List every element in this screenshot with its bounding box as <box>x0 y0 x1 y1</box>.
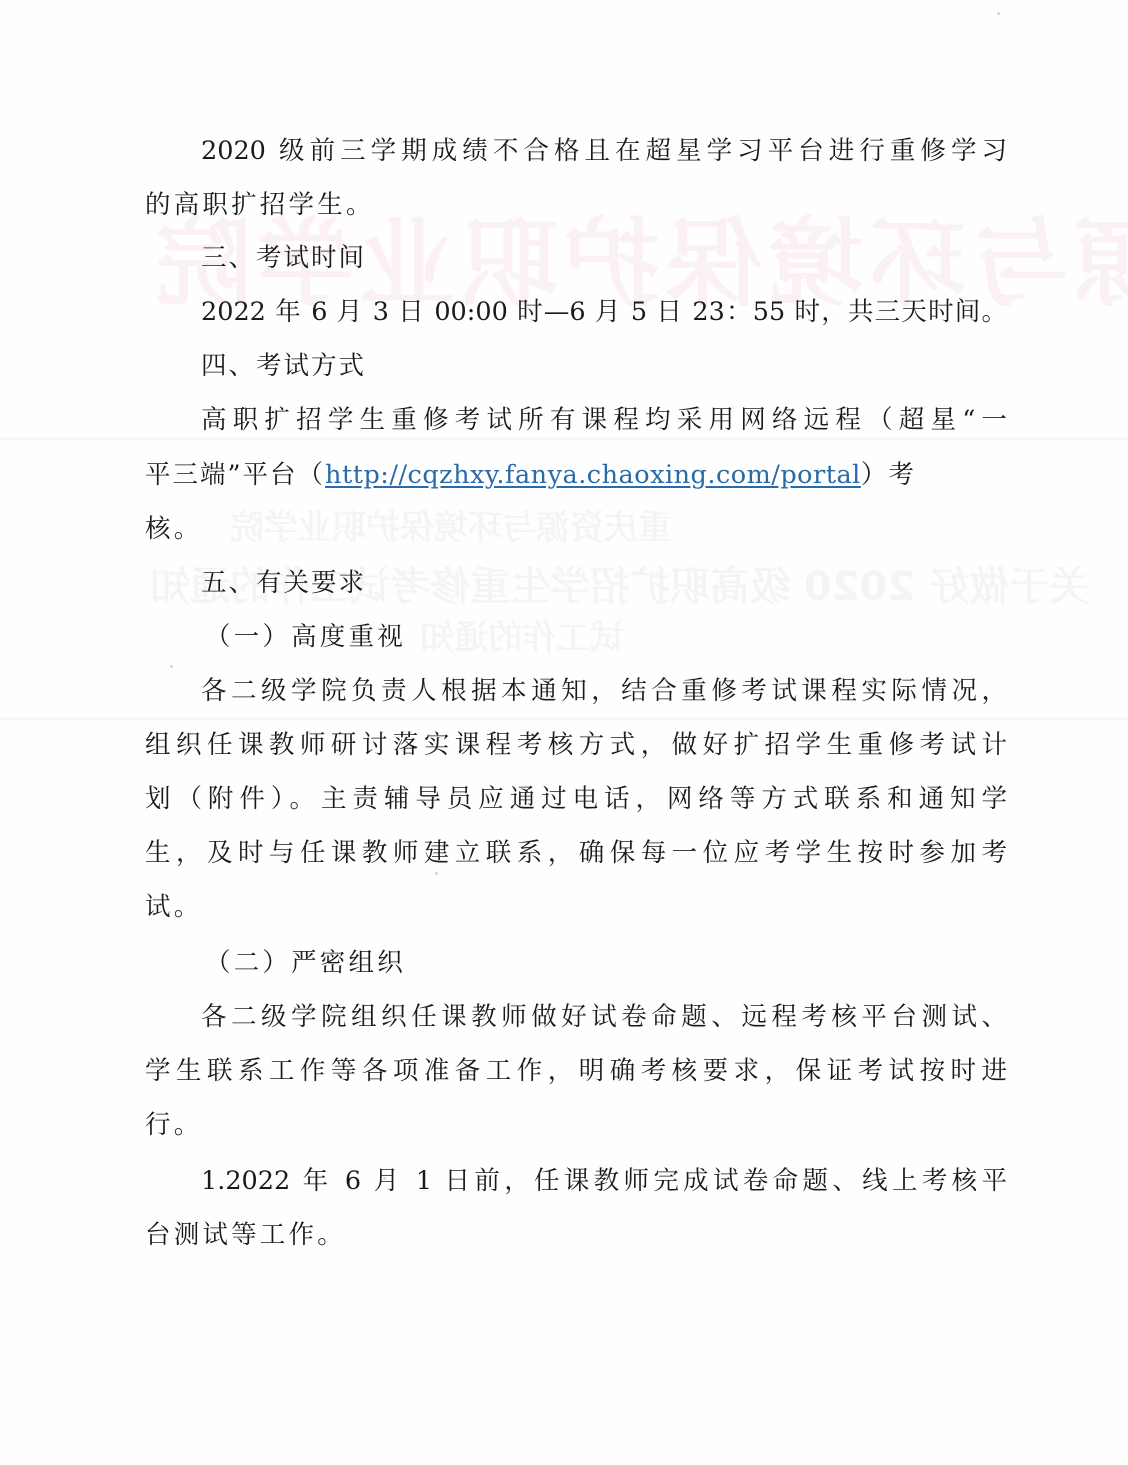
exam-time-text: 2022 年 6 月 3 日 00:00 时—6 月 5 日 23：55 时，共… <box>145 292 1007 332</box>
paragraph-line: 行。 <box>145 1105 1007 1145</box>
paragraph-line-with-link: 平三端”平台（http://cqzhxy.fanya.chaoxing.com/… <box>145 455 1007 495</box>
paragraph-line: 台测试等工作。 <box>145 1215 1007 1255</box>
paragraph-line: 各二级学院组织任课教师做好试卷命题、远程考核平台测试、 <box>145 997 1007 1037</box>
link-prefix: 平三端”平台（ <box>145 460 325 490</box>
paragraph-line: 组织任课教师研讨落实课程考核方式，做好扩招学生重修考试计 <box>145 725 1007 765</box>
subsection-heading-organization: （二）严密组织 <box>145 943 1067 983</box>
paragraph-line: 学生联系工作等各项准备工作，明确考核要求，保证考试按时进 <box>145 1051 1007 1091</box>
section-heading-exam-time: 三、考试时间 <box>145 238 1007 278</box>
numbered-item-1: 1.2022 年 6 月 1 日前，任课教师完成试卷命题、线上考核平 <box>145 1161 1007 1201</box>
paragraph-line: 高职扩招学生重修考试所有课程均采用网络远程（超星“一 <box>145 400 1007 440</box>
section-heading-exam-method: 四、考试方式 <box>145 346 1007 386</box>
paragraph-line: 核。 <box>145 509 1007 549</box>
subsection-heading-attention: （一）高度重视 <box>145 617 1067 657</box>
paragraph-line: 生，及时与任课教师建立联系，确保每一位应考学生按时参加考 <box>145 833 1007 873</box>
paragraph-line: 试。 <box>145 887 1007 927</box>
section-heading-requirements: 五、有关要求 <box>145 563 1007 603</box>
paragraph-line: 划（附件）。主责辅导员应通过电话，网络等方式联系和通知学 <box>145 779 1007 819</box>
paragraph-line: 2020 级前三学期成绩不合格且在超星学习平台进行重修学习 <box>145 131 1007 171</box>
platform-url-link[interactable]: http://cqzhxy.fanya.chaoxing.com/portal <box>325 460 861 490</box>
link-suffix: ）考 <box>861 460 916 490</box>
document-page: 2020 级前三学期成绩不合格且在超星学习平台进行重修学习 的高职扩招学生。 三… <box>0 0 1128 1465</box>
paragraph-line: 各二级学院负责人根据本通知，结合重修考试课程实际情况， <box>145 671 1007 711</box>
paragraph-line: 的高职扩招学生。 <box>145 185 1007 225</box>
